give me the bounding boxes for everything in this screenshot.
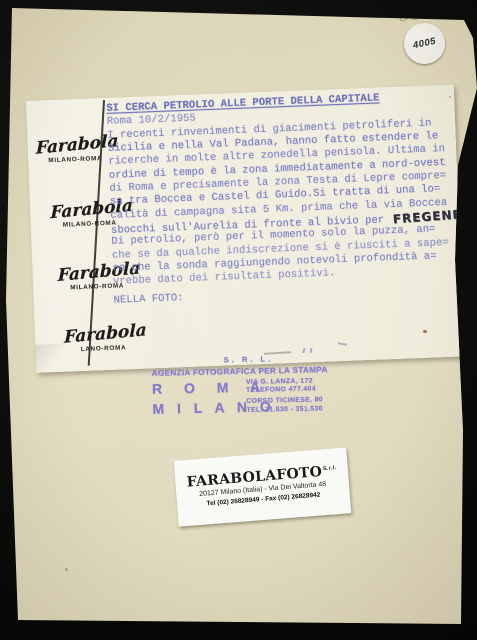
milano-phone: TEL. 31.530 - 351.530 xyxy=(246,405,323,415)
roma-text: R O M A xyxy=(152,379,238,397)
typed-caption: SI CERCA PETROLIO ALLE PORTE DELLA CAPIT… xyxy=(106,90,459,308)
agenzia-text: AGENZIA FOTOGRAFICA PER LA STAMPA xyxy=(152,365,336,378)
photo-back-card: 3P62 4005 Farabola MILANO-ROMA Farabola … xyxy=(0,0,477,640)
rust-spot xyxy=(423,330,427,333)
sticker-number-text: 4005 xyxy=(412,36,437,52)
roma-phone: TELEFONO 477.404 xyxy=(246,386,316,396)
caption-sheet: Farabola MILANO-ROMA Farabola MILANO-ROM… xyxy=(26,85,464,373)
rust-spot xyxy=(65,568,68,571)
table-edge-highlight xyxy=(437,625,477,629)
number-sticker: 4005 xyxy=(404,23,445,64)
agency-stamp: S. R. L. AGENZIA FOTOGRAFICA PER LA STAM… xyxy=(151,353,336,417)
pencil-code: 3P62 xyxy=(398,2,453,26)
farabolafoto-label: FARABOLAFOTOS.r.l. 20127 Milano (Italia)… xyxy=(174,447,352,526)
milano-text: M I L A N O xyxy=(152,399,238,417)
farabola-stamp-4: Farabola LANO-ROMA xyxy=(64,325,143,354)
paper-fold xyxy=(35,344,66,371)
farabola-stamp-1: Farabola MILANO-ROMA xyxy=(35,136,114,165)
photo-backdrop: 3P62 4005 Farabola MILANO-ROMA Farabola … xyxy=(0,0,477,640)
label-suffix: S.r.l. xyxy=(323,465,337,472)
rust-spot xyxy=(449,96,451,98)
